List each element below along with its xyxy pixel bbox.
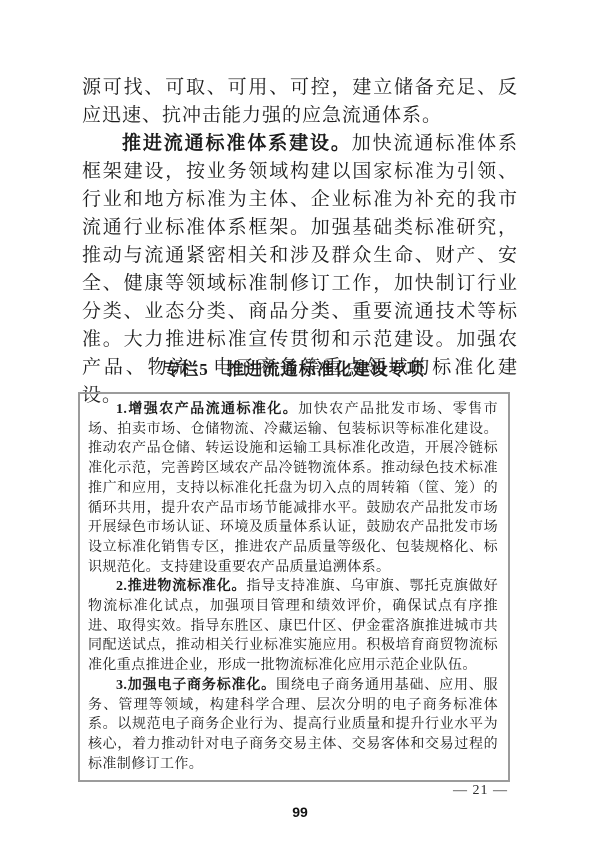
document-page-label: — 21 — [453, 783, 508, 799]
box-item-bold-lead: 2.推进物流标准化。 [116, 579, 246, 594]
paragraph-bold-lead: 推进流通标准体系建设。 [122, 133, 352, 154]
box-item-text: 加快农产品批发市场、零售市场、拍卖市场、仓储物流、冷藏运输、包装标识等标准化建设… [88, 402, 498, 575]
paragraph-text: 源可找、可取、可用、可控，建立储备充足、反应迅速、抗冲击能力强的应急流通体系。 [82, 77, 518, 126]
special-column-title: 专栏5 推进流通标准化建设专项 [78, 358, 510, 382]
pdf-page-number: 99 [0, 804, 600, 820]
special-column-section: 专栏5 推进流通标准化建设专项 1.增强农产品流通标准化。加快农产品批发市场、零… [78, 358, 510, 782]
box-item-logistics: 2.推进物流标准化。指导支持准旗、乌审旗、鄂托克旗做好物流标准化试点，加强项目管… [88, 577, 498, 676]
box-item-ecommerce: 3.加强电子商务标准化。围绕电子商务通用基础、应用、服务、管理等领域，构建科学合… [88, 676, 498, 775]
box-item-agriculture: 1.增强农产品流通标准化。加快农产品批发市场、零售市场、拍卖市场、仓储物流、冷藏… [88, 400, 498, 577]
box-item-bold-lead: 3.加强电子商务标准化。 [116, 678, 276, 693]
special-column-box: 1.增强农产品流通标准化。加快农产品批发市场、零售市场、拍卖市场、仓储物流、冷藏… [78, 392, 510, 782]
box-item-bold-lead: 1.增强农产品流通标准化。 [116, 402, 298, 417]
document-page: 源可找、可取、可用、可控，建立储备充足、反应迅速、抗冲击能力强的应急流通体系。 … [0, 0, 600, 848]
paragraph-continuation: 源可找、可取、可用、可控，建立储备充足、反应迅速、抗冲击能力强的应急流通体系。 [82, 74, 518, 130]
